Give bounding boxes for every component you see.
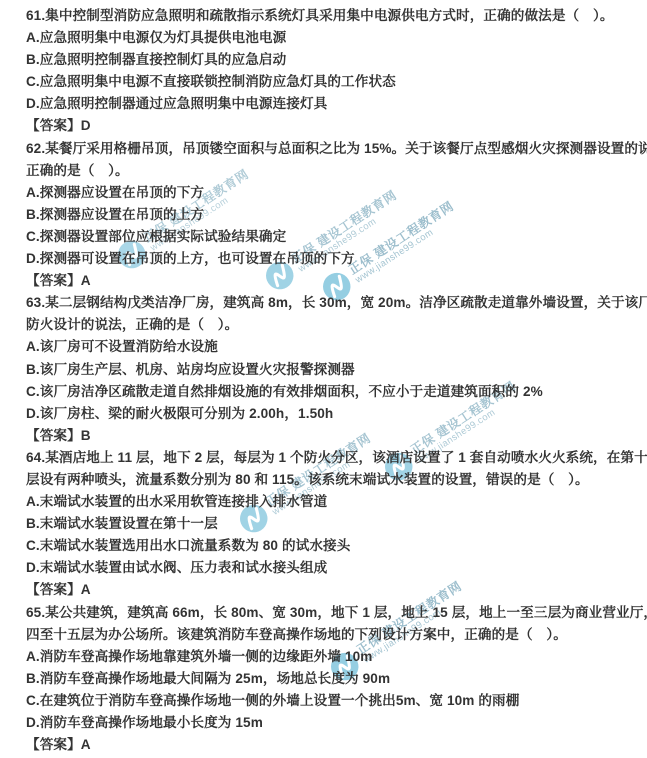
questions-list: 61.集中控制型消防应急照明和疏散指示系统灯具采用集中电源供电方式时，正确的做法… <box>0 0 647 756</box>
option-line: B.应急照明控制器直接控制灯具的应急启动 <box>26 49 633 71</box>
option-line: D.末端试水装置由试水阀、压力表和试水接头组成 <box>26 557 633 579</box>
question-stem-line: 65.某公共建筑，建筑高 66m，长 80m、宽 30m，地下 1 层，地上 1… <box>26 602 633 624</box>
answer-line: 【答案】B <box>26 425 633 447</box>
option-line: C.该厂房洁净区疏散走道自然排烟设施的有效排烟面积，不应小于走道建筑面积的 2% <box>26 381 633 403</box>
option-line: B.探测器应设置在吊顶的上方 <box>26 204 633 226</box>
exam-page: 正保 建设工程教育网 www.jianshe99.com 正保 建设工程教育网 … <box>0 0 647 758</box>
option-line: B.消防车登高操作场地最大间隔为 25m，场地总长度为 90m <box>26 668 633 690</box>
option-line: B.末端试水装置设置在第十一层 <box>26 513 633 535</box>
question-stem-line: 防火设计的说法，正确的是（ ）。 <box>26 314 633 336</box>
option-line: D.该厂房柱、梁的耐火极限可分别为 2.00h，1.50h <box>26 403 633 425</box>
option-line: A.消防车登高操作场地靠建筑外墙一侧的边缘距外墙 10m <box>26 646 633 668</box>
option-line: D.应急照明控制器通过应急照明集中电源连接灯具 <box>26 93 633 115</box>
option-line: B.该厂房生产层、机房、站房均应设置火灾报警探测器 <box>26 359 633 381</box>
option-line: A.探测器应设置在吊顶的下方 <box>26 182 633 204</box>
question-stem-line: 四至十五层为办公场所。该建筑消防车登高操作场地的下列设计方案中，正确的是（ ）。 <box>26 624 633 646</box>
question-stem-line: 62.某餐厅采用格栅吊顶，吊顶镂空面积与总面积之比为 15%。关于该餐厅点型感烟… <box>26 138 633 160</box>
option-line: D.探测器可设置在吊顶的上方，也可设置在吊顶的下方 <box>26 248 633 270</box>
question-stem-line: 正确的是（ ）。 <box>26 160 633 182</box>
option-line: C.探测器设置部位应根据实际试验结果确定 <box>26 226 633 248</box>
question-block: 64.某酒店地上 11 层，地下 2 层，每层为 1 个防火分区，该酒店设置了 … <box>26 447 633 602</box>
option-line: C.应急照明集中电源不直接联锁控制消防应急灯具的工作状态 <box>26 71 633 93</box>
option-line: A.末端试水装置的出水采用软管连接排入排水管道 <box>26 491 633 513</box>
option-line: C.在建筑位于消防车登高操作场地一侧的外墙上设置一个挑出5m、宽 10m 的雨棚 <box>26 690 633 712</box>
answer-line: 【答案】D <box>26 115 633 137</box>
question-stem-line: 61.集中控制型消防应急照明和疏散指示系统灯具采用集中电源供电方式时，正确的做法… <box>26 5 633 27</box>
question-block: 63.某二层钢结构戊类洁净厂房，建筑高 8m，长 30m，宽 20m。洁净区疏散… <box>26 292 633 447</box>
option-line: C.末端试水装置选用出水口流量系数为 80 的试水接头 <box>26 535 633 557</box>
question-stem-line: 64.某酒店地上 11 层，地下 2 层，每层为 1 个防火分区，该酒店设置了 … <box>26 447 633 469</box>
option-line: A.该厂房可不设置消防给水设施 <box>26 336 633 358</box>
question-block: 61.集中控制型消防应急照明和疏散指示系统灯具采用集中电源供电方式时，正确的做法… <box>26 5 633 138</box>
question-stem-line: 层设有两种喷头，流量系数分别为 80 和 115。该系统末端试水装置的设置，错误… <box>26 469 633 491</box>
answer-line: 【答案】A <box>26 270 633 292</box>
question-block: 62.某餐厅采用格栅吊顶，吊顶镂空面积与总面积之比为 15%。关于该餐厅点型感烟… <box>26 138 633 293</box>
option-line: D.消防车登高操作场地最小长度为 15m <box>26 712 633 734</box>
option-line: A.应急照明集中电源仅为灯具提供电池电源 <box>26 27 633 49</box>
question-stem-line: 63.某二层钢结构戊类洁净厂房，建筑高 8m，长 30m，宽 20m。洁净区疏散… <box>26 292 633 314</box>
question-block: 65.某公共建筑，建筑高 66m，长 80m、宽 30m，地下 1 层，地上 1… <box>26 602 633 757</box>
answer-line: 【答案】A <box>26 579 633 601</box>
answer-line: 【答案】A <box>26 734 633 756</box>
